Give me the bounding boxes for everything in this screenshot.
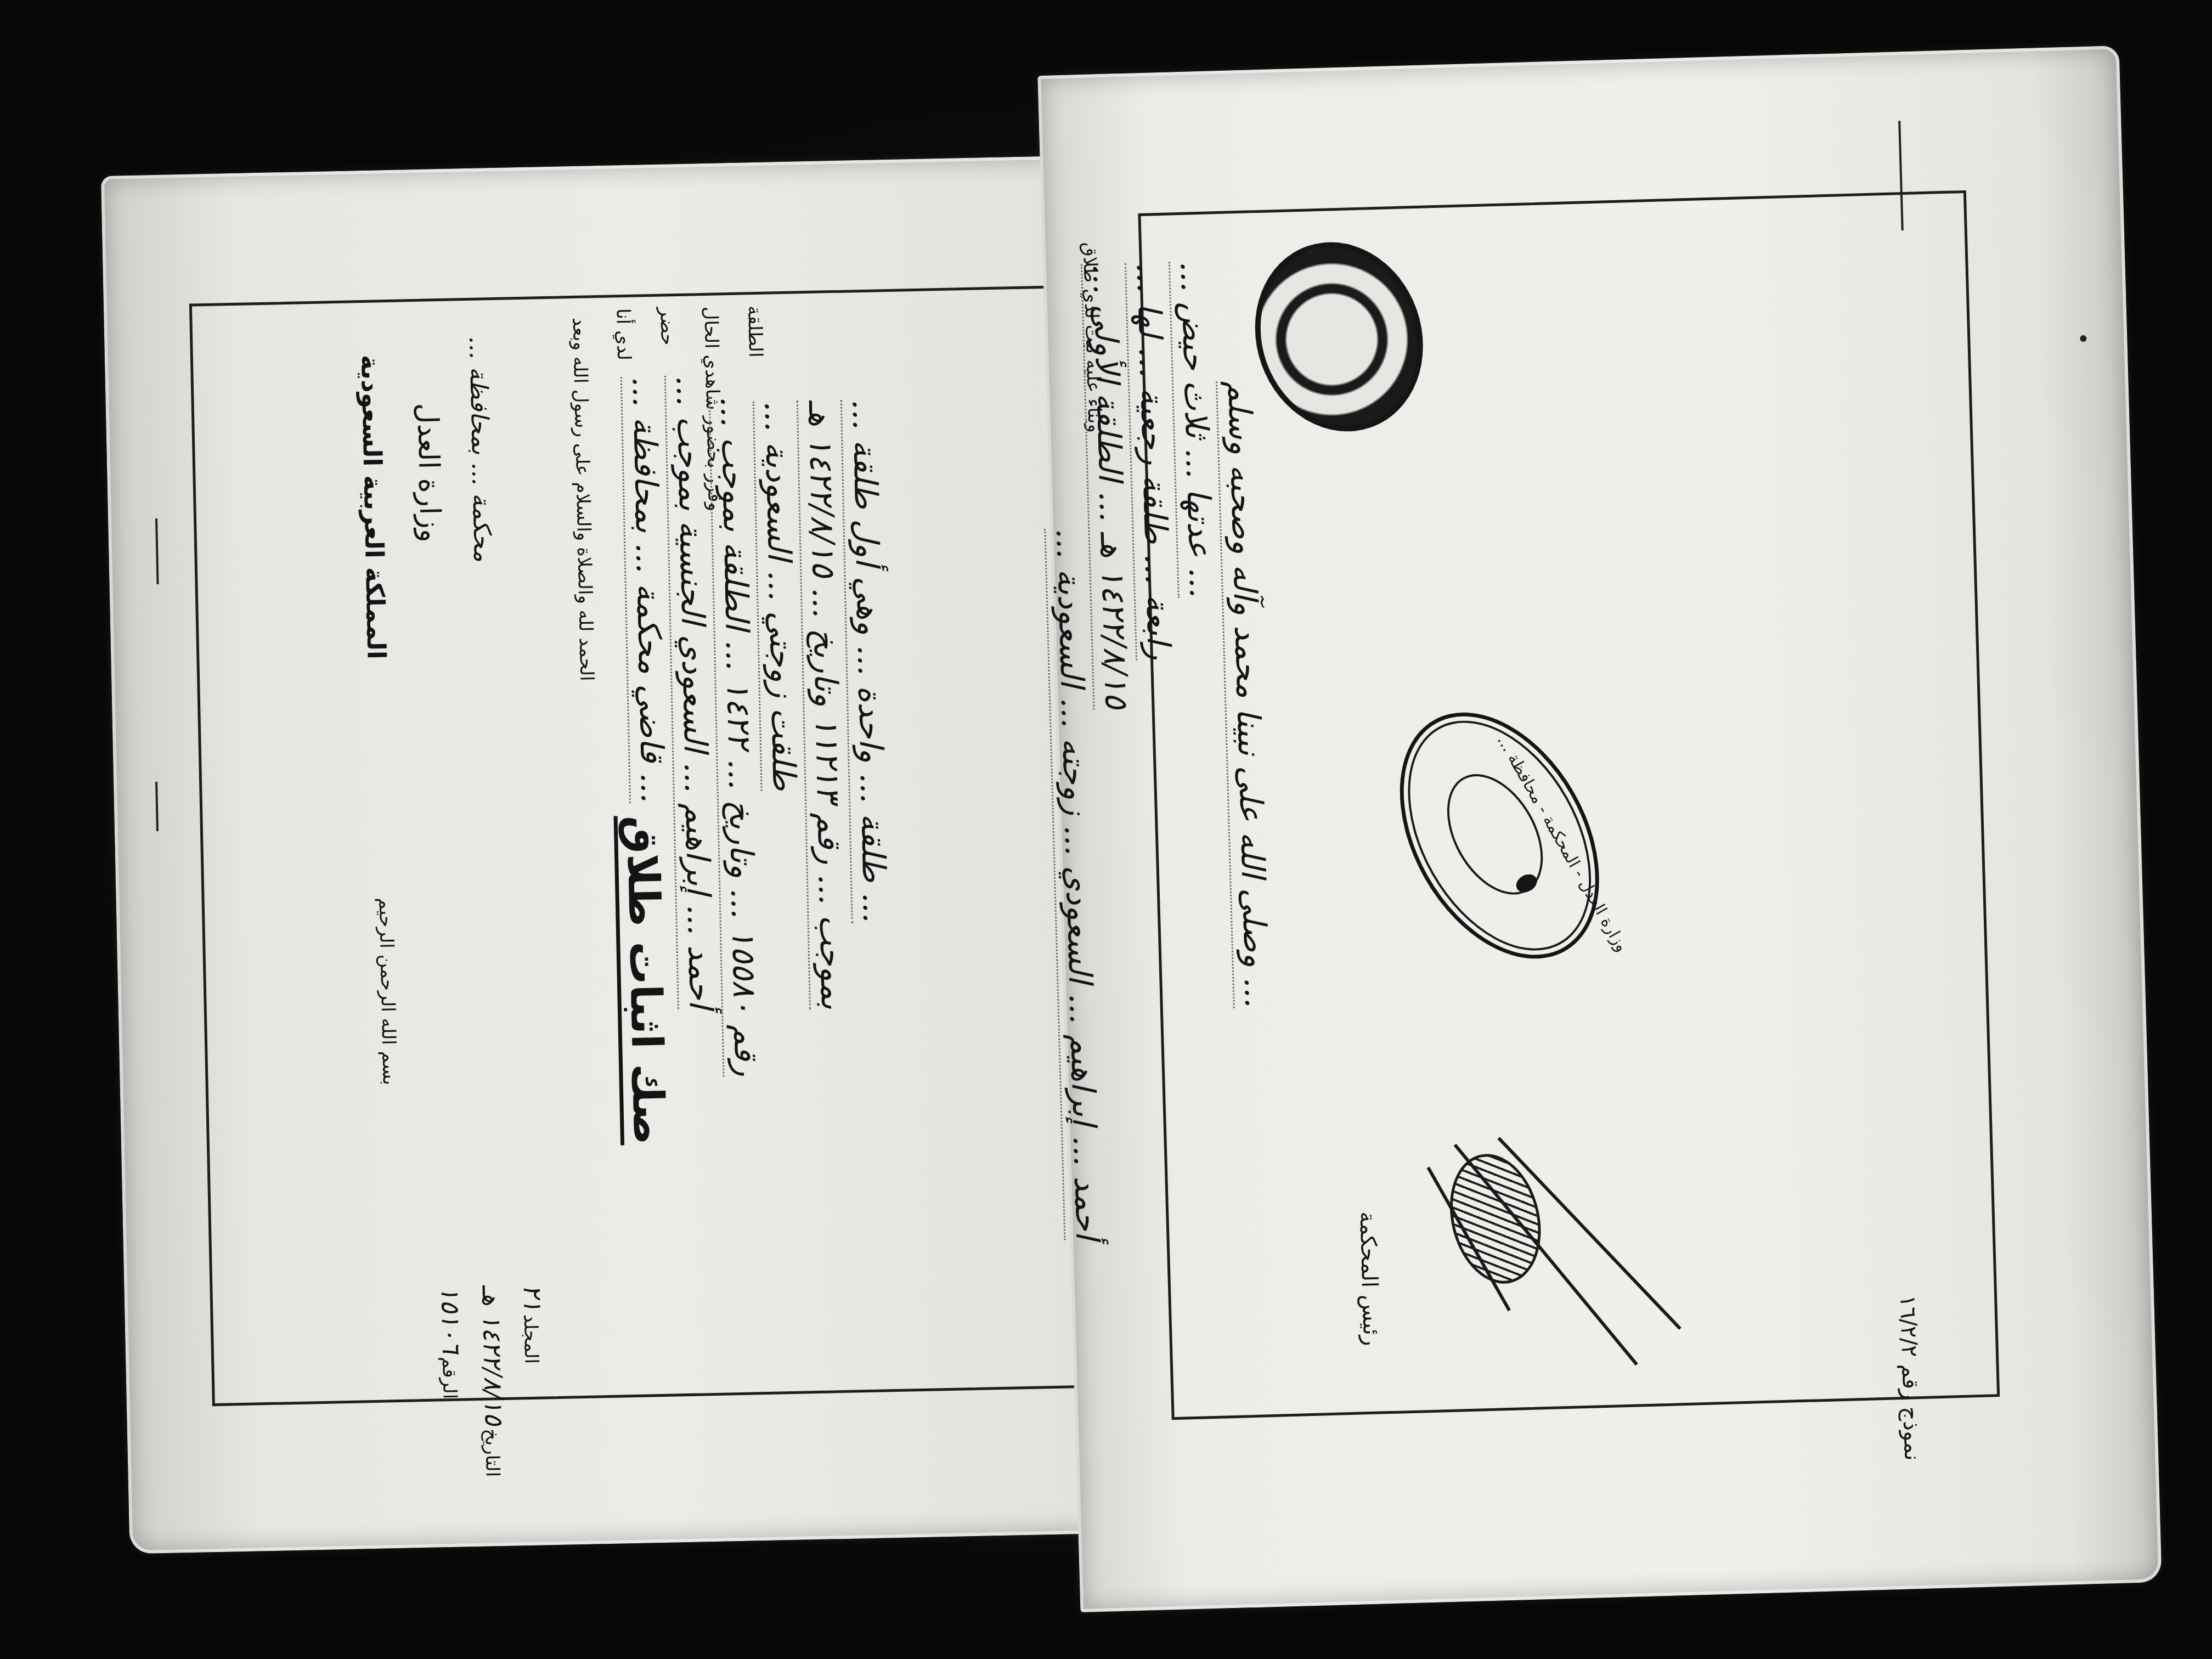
document-title: صك اثبات طلاق [617,815,674,1145]
field-number-label: الرقم [438,1356,461,1399]
field-volume: المجلد ٢١ [517,1284,549,1364]
prompt-appeared: حضر [656,307,678,346]
edge-mark [155,518,159,584]
oval-seal-inner-ring [1427,758,1562,911]
right-page: وبناء عليه ثبت لدي طلاق أحمد ... إبراهيم… [1037,46,2162,1612]
edge-mark [155,782,159,831]
header-court: محكمة ... بمحافظة ... [464,336,496,562]
certificate-booklet: المملكة العربية السعودية وزارة العدل محك… [115,60,2145,1585]
header-ministry: وزارة العدل [411,403,447,543]
field-number: الرقم ١٥١٠٦ [435,1285,467,1399]
footer-form-number: نموذج رقم ١٦/٢/٢ [1895,1295,1925,1461]
signature-label: رئيس المحكمة [1355,1211,1384,1346]
field-date: التاريخ ١٤٢٢/٨/١٥ هـ [476,1285,510,1477]
prompt-divorce: الطلقة [743,306,766,358]
basmala: بسم الله الرحمن الرحيم [375,898,400,1085]
field-date-label: التاريخ [481,1429,504,1477]
field-volume-label: المجلد [520,1314,543,1364]
prompt-before-me: لدي أنا [612,308,635,361]
body-line-4: طلقت زوجتي ... السعودية ... [753,401,803,792]
field-number-value: ١٥١٠٦ [435,1285,466,1354]
left-page: المملكة العربية السعودية وزارة العدل محك… [101,154,1211,1554]
dark-background: المملكة العربية السعودية وزارة العدل محك… [0,0,2212,1659]
body-line-1: ... قاضي محكمة ... بمحافظة ... [620,376,672,804]
field-date-value: ١٤٢٢/٨/١٥ هـ [476,1285,509,1426]
field-volume-value: ٢١ [517,1284,548,1312]
edge-mark [2080,335,2086,342]
